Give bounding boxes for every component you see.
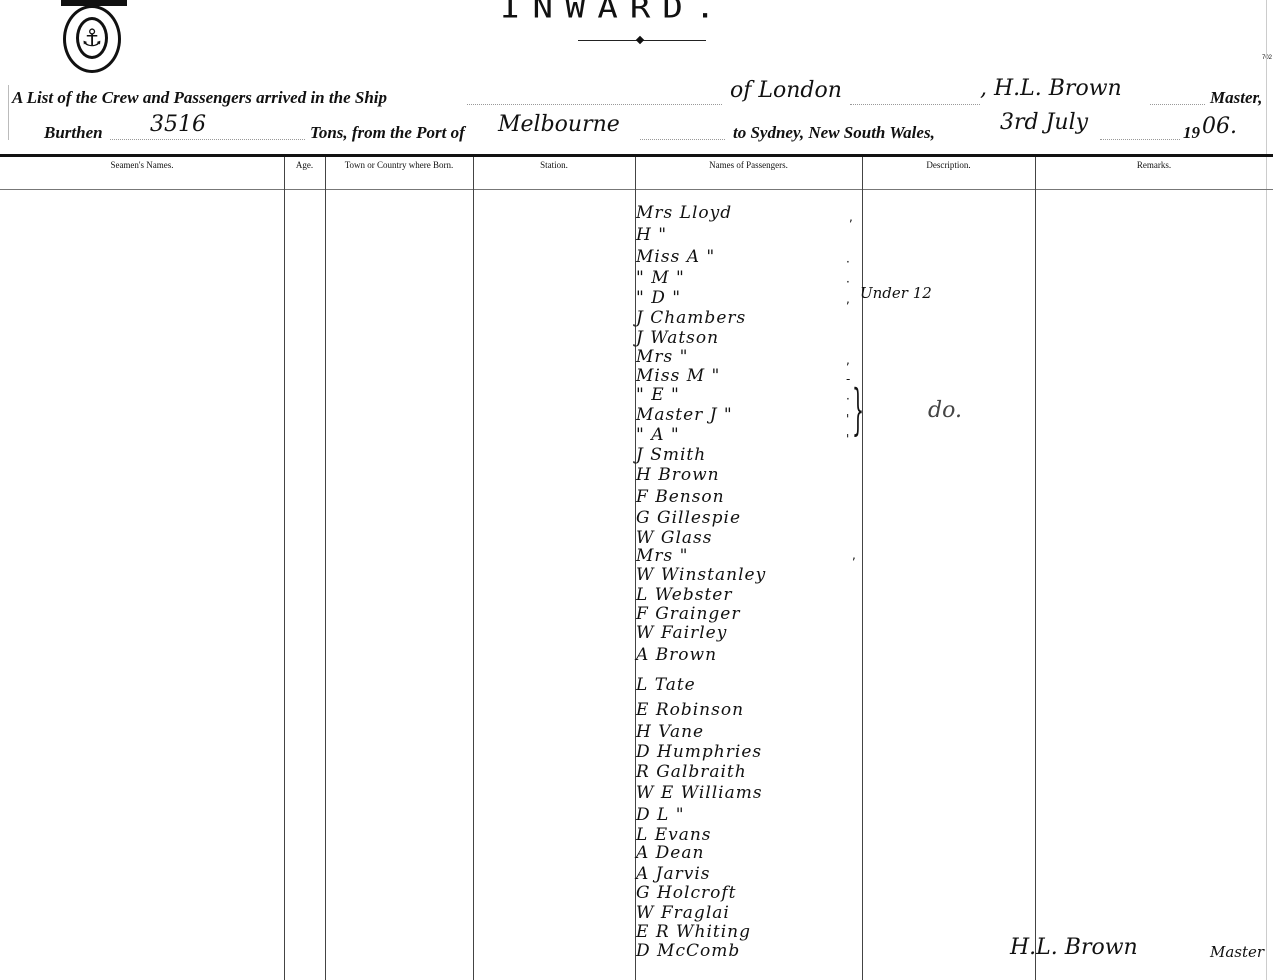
passenger-row: Master J ": [636, 405, 733, 425]
column-divider-town: [325, 157, 326, 980]
ship-name-field: of London: [730, 78, 842, 103]
passenger-row: " E ": [636, 385, 680, 405]
document-title: INWARD.: [500, 0, 727, 25]
column-header-age: Age.: [284, 160, 325, 170]
date-value: 3rd July: [1000, 110, 1088, 135]
passenger-row: W Winstanley: [636, 565, 766, 585]
signature-suffix: Master: [1210, 943, 1264, 961]
passenger-row: J Smith: [636, 445, 706, 465]
burthen-dots: [110, 138, 305, 140]
tick-mark: ,: [846, 292, 850, 306]
diamond-ornament-icon: [636, 36, 644, 44]
passenger-row: Mrs ": [636, 546, 688, 566]
passenger-row: W Fairley: [636, 623, 727, 643]
tick-mark: ,: [852, 548, 856, 562]
column-header-seamens-names: Seamen's Names.: [0, 160, 284, 170]
tick-mark: ,: [846, 353, 850, 367]
tick-mark: ·: [846, 275, 850, 289]
tons-from-port-label: Tons, from the Port of: [310, 123, 465, 143]
column-header-town-born: Town or Country where Born.: [325, 160, 473, 170]
anchor-icon: ⚓: [76, 17, 108, 59]
year-value: 06.: [1202, 114, 1237, 139]
port-dots: [640, 138, 725, 140]
year-prefix: 19: [1183, 123, 1200, 143]
burthen-label: Burthen: [44, 123, 103, 143]
passenger-row: G Gillespie: [636, 508, 741, 528]
right-margin-line: [1266, 0, 1267, 980]
port-value: Melbourne: [498, 112, 620, 137]
tick-mark: ,: [849, 210, 853, 224]
burthen-value: 3516: [150, 112, 206, 137]
master-signature: H.L. Brown: [1010, 935, 1138, 960]
passenger-row: " A ": [636, 425, 680, 445]
description-note-under-12: Under 12: [860, 284, 932, 302]
column-header-remarks: Remarks.: [1035, 160, 1273, 170]
passenger-row: L Tate: [636, 675, 696, 695]
left-margin-line: [8, 85, 9, 140]
master-label: Master,: [1210, 88, 1262, 108]
passenger-row: D Humphries: [636, 742, 762, 762]
passenger-row: D McComb: [636, 941, 740, 961]
passenger-row: A Brown: [636, 645, 717, 665]
passenger-row: Miss A ": [636, 247, 715, 267]
tick-mark: ': [846, 432, 849, 446]
passenger-row: Mrs Lloyd: [636, 203, 732, 223]
description-note-ditto: do.: [928, 398, 962, 423]
passenger-row: A Jarvis: [636, 864, 711, 884]
passenger-row: A Dean: [636, 843, 704, 863]
passenger-row: J Chambers: [636, 308, 746, 328]
seal-oval: ⚓: [63, 5, 121, 73]
brace-icon: }: [852, 383, 864, 437]
master-name-field: , H.L. Brown: [980, 76, 1122, 101]
passenger-row: L Webster: [636, 585, 732, 605]
column-divider-description: [862, 157, 863, 980]
passenger-row: " M ": [636, 268, 685, 288]
passenger-row: E Robinson: [636, 700, 744, 720]
passenger-row: R Galbraith: [636, 762, 747, 782]
tick-mark: ': [846, 412, 849, 426]
passenger-row: E R Whiting: [636, 922, 751, 942]
column-divider-age: [284, 157, 285, 980]
table-header-rule: [0, 189, 1273, 190]
ship-field-dots: [467, 103, 722, 105]
destination-label: to Sydney, New South Wales,: [733, 123, 935, 143]
passenger-row: H Vane: [636, 722, 704, 742]
passenger-row: Mrs ": [636, 347, 688, 367]
column-header-station: Station.: [473, 160, 635, 170]
column-divider-station: [473, 157, 474, 980]
passenger-row: F Grainger: [636, 604, 741, 624]
shipping-office-seal: ⚓: [60, 0, 128, 75]
passenger-row: W E Williams: [636, 783, 763, 803]
column-header-description: Description.: [862, 160, 1035, 170]
column-divider-remarks: [1035, 157, 1036, 980]
header-line1-prefix: A List of the Crew and Passengers arrive…: [12, 88, 387, 108]
passenger-row: W Fraglai: [636, 903, 730, 923]
passenger-row: G Holcroft: [636, 883, 737, 903]
passenger-row: W Glass: [636, 528, 712, 548]
tick-mark: ·: [846, 392, 850, 406]
passenger-row: F Benson: [636, 487, 725, 507]
passenger-row: L Evans: [636, 825, 712, 845]
passenger-row: " D ": [636, 288, 681, 308]
passenger-row: H ": [636, 225, 667, 245]
passenger-row: H Brown: [636, 465, 720, 485]
tick-mark: ·: [846, 255, 850, 269]
passenger-row: J Watson: [636, 328, 719, 348]
column-header-passengers: Names of Passengers.: [635, 160, 862, 170]
form-number: 702: [1262, 55, 1272, 61]
date-dots: [1100, 138, 1180, 140]
table-top-rule: [0, 154, 1273, 157]
tick-mark: -: [846, 372, 850, 386]
passenger-row: Miss M ": [636, 366, 720, 386]
master-field-dots: [1150, 103, 1205, 105]
ship-field-dots-2: [850, 103, 980, 105]
passenger-row: D L ": [636, 805, 685, 825]
